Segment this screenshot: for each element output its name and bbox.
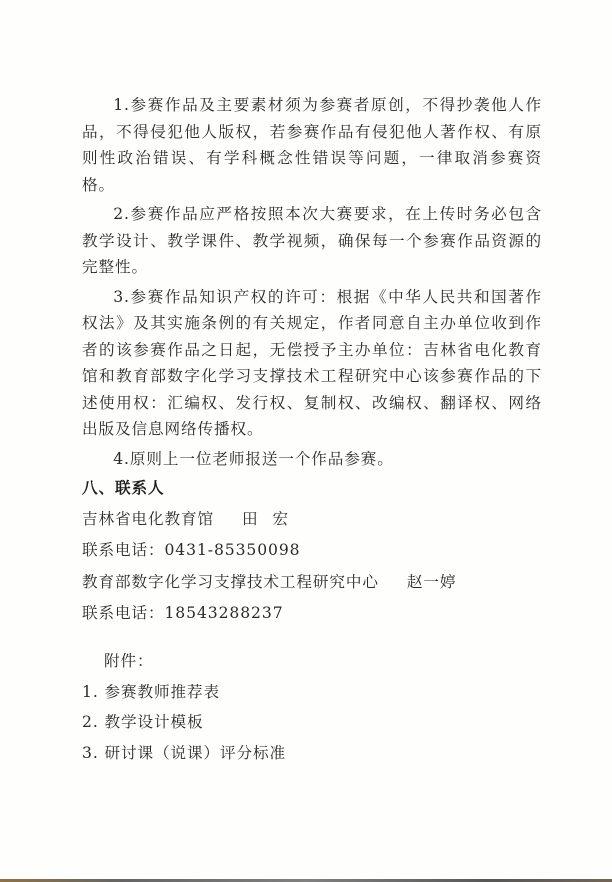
paragraph-rule-4: 4.原则上一位老师报送一个作品参赛。 [82,446,542,473]
contact-organization: 吉林省电化教育馆 [82,510,214,528]
attachment-item: 3. 研讨课（说课）评分标准 [82,740,542,767]
paragraph-number: 3. [113,288,130,306]
main-content: 1.参赛作品及主要素材须为参赛者原创，不得抄袭他人作品，不得侵犯他人版权，若参赛… [82,92,542,632]
contact-organization: 教育部数字化学习支撑技术工程研究中心 [82,573,379,591]
contact-1-phone-line: 联系电话：0431-85350098 [82,537,542,564]
phone-label: 联系电话： [82,604,164,622]
contact-name-family: 宏 [272,510,289,528]
attachments-section: 附件： 1. 参赛教师推荐表 2. 教学设计模板 3. 研讨课（说课）评分标准 [82,648,542,770]
paragraph-rule-1: 1.参赛作品及主要素材须为参赛者原创，不得抄袭他人作品，不得侵犯他人版权，若参赛… [82,92,542,198]
contact-1-organization-line: 吉林省电化教育馆田宏 [82,506,542,533]
paragraph-number: 4. [113,450,130,468]
paragraph-text: 参赛作品应严格按照本次大赛要求，在上传时务必包含教学设计、教学课件、教学视频，确… [82,205,542,276]
paragraph-text: 参赛作品知识产权的许可：根据《中华人民共和国著作权法》及其实施条例的有关规定，作… [82,288,542,439]
phone-number: 0431-85350098 [164,541,300,559]
attachment-item: 1. 参赛教师推荐表 [82,679,542,706]
contact-2-organization-line: 教育部数字化学习支撑技术工程研究中心赵一婷 [82,569,542,596]
paragraph-number: 2. [113,205,130,223]
contact-name-given: 田 [242,510,259,528]
contact-name: 赵一婷 [407,573,456,591]
paragraph-text: 原则上一位老师报送一个作品参赛。 [130,450,394,468]
phone-number: 18543288237 [164,604,283,622]
attachments-title: 附件： [104,648,542,675]
phone-label: 联系电话： [82,541,164,559]
contact-2-phone-line: 联系电话：18543288237 [82,600,542,627]
section-heading-contacts: 八、联系人 [82,475,542,502]
document-page: 1.参赛作品及主要素材须为参赛者原创，不得抄袭他人作品，不得侵犯他人版权，若参赛… [0,0,612,882]
paragraph-text: 参赛作品及主要素材须为参赛者原创，不得抄袭他人作品，不得侵犯他人版权，若参赛作品… [82,96,542,194]
paragraph-rule-2: 2.参赛作品应严格按照本次大赛要求，在上传时务必包含教学设计、教学课件、教学视频… [82,201,542,281]
attachment-item: 2. 教学设计模板 [82,709,542,736]
paragraph-number: 1. [113,96,130,114]
paragraph-rule-3: 3.参赛作品知识产权的许可：根据《中华人民共和国著作权法》及其实施条例的有关规定… [82,284,542,443]
